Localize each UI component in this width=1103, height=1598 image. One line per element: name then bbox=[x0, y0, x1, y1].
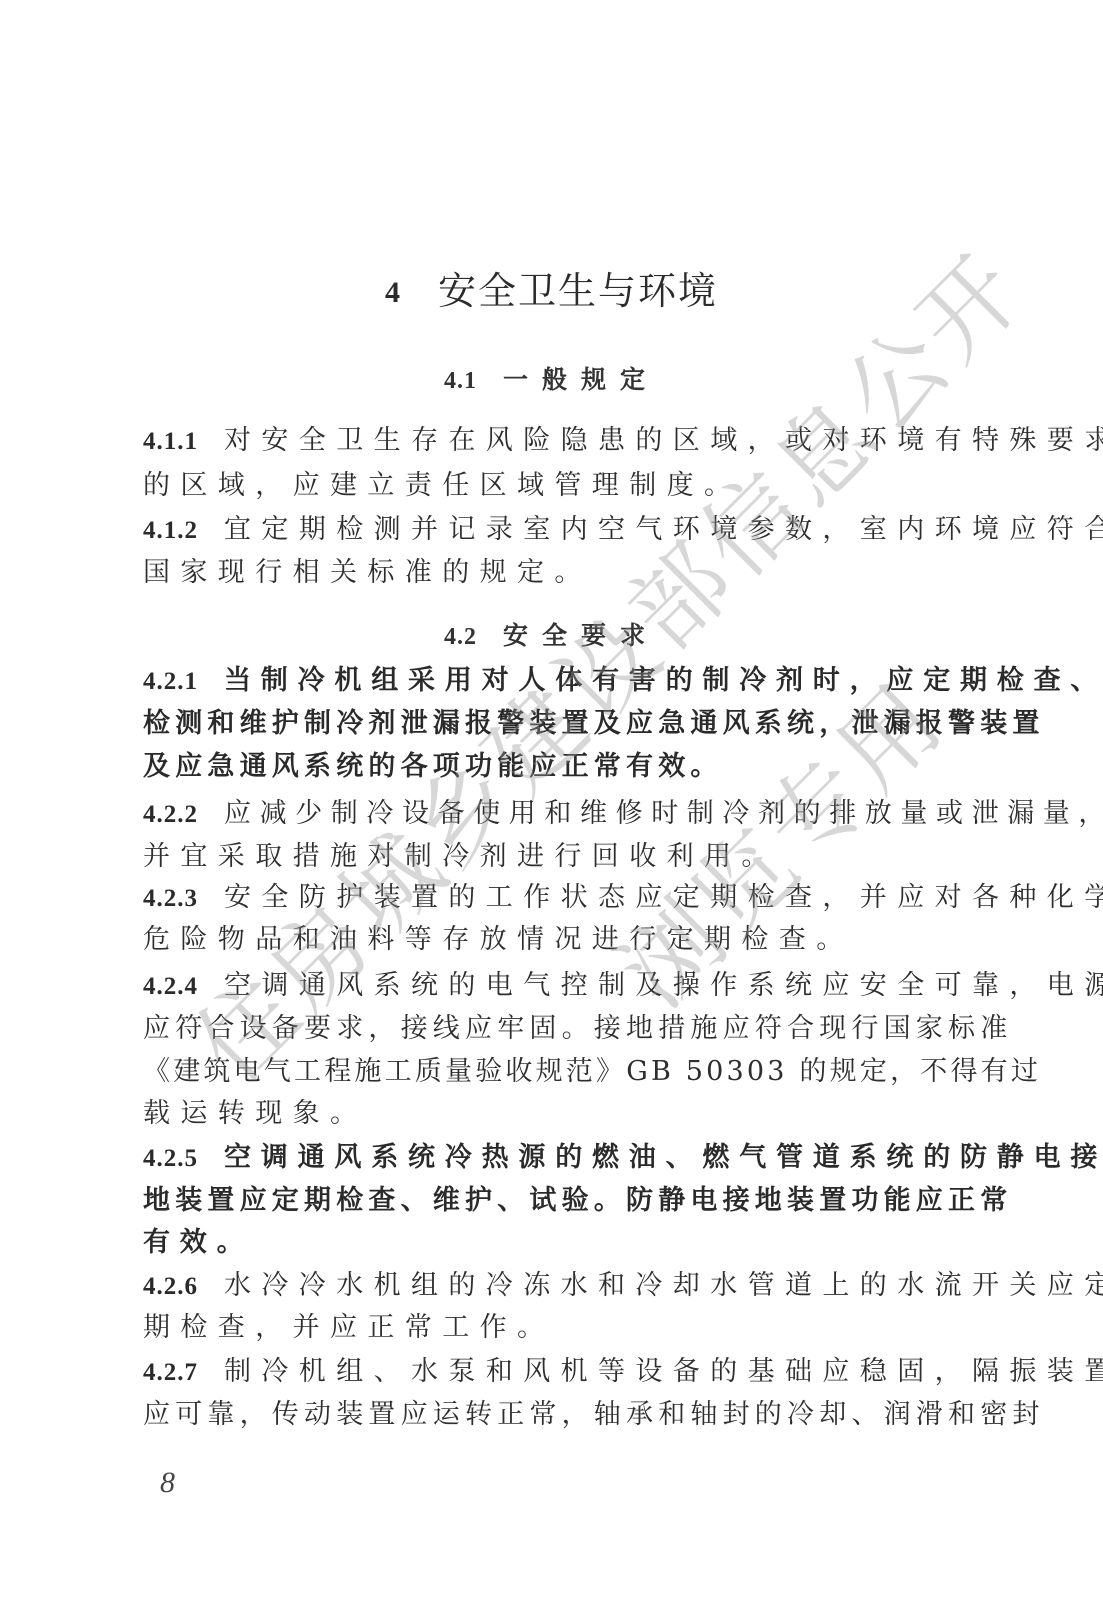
clause-4-2-7-line-1: 4.2.7制冷机组、水泵和风机等设备的基础应稳固，隔振装置 bbox=[143, 1354, 943, 1391]
clause-4-2-5-line-1: 4.2.5空调通风系统冷热源的燃油、燃气管道系统的防静电接 bbox=[143, 1140, 943, 1177]
clause-number: 4.2.4 bbox=[143, 973, 198, 1000]
clause-text: 并宜采取措施对制冷剂进行回收利用。 bbox=[143, 841, 779, 872]
clause-text: 《建筑电气工程施工质量验收规范》GB 50303 的规定，不得有过 bbox=[143, 1056, 1041, 1087]
clause-text: 检测和维护制冷剂泄漏报警装置及应急通风系统，泄漏报警装置 bbox=[143, 708, 1045, 739]
clause-text: 应符合设备要求，接线应牢固。接地措施应符合现行国家标准 bbox=[143, 1013, 1012, 1044]
clause-text: 应可靠，传动装置应运转正常，轴承和轴封的冷却、润滑和密封 bbox=[143, 1399, 1045, 1430]
clause-text: 的区域，应建立责任区域管理制度。 bbox=[143, 470, 741, 501]
clause-4-2-4-line-3: 《建筑电气工程施工质量验收规范》GB 50303 的规定，不得有过 bbox=[143, 1054, 943, 1090]
clause-4-2-3-line-1: 4.2.3安全防护装置的工作状态应定期检查，并应对各种化学 bbox=[143, 880, 943, 917]
section-number: 4.1 bbox=[444, 368, 477, 394]
chapter-title-text: 安全卫生与环境 bbox=[438, 269, 718, 313]
clause-4-2-5-line-2: 地装置应定期检查、维护、试验。防静电接地装置功能应正常 bbox=[143, 1183, 943, 1219]
clause-4-1-1-line-1: 4.1.1对安全卫生存在风险隐患的区域，或对环境有特殊要求 bbox=[143, 423, 943, 460]
section-number: 4.2 bbox=[444, 624, 477, 650]
clause-text: 对安全卫生存在风险隐患的区域，或对环境有特殊要求 bbox=[224, 425, 1103, 456]
clause-4-2-6-line-1: 4.2.6水冷冷水机组的冷冻水和冷却水管道上的水流开关应定 bbox=[143, 1268, 943, 1305]
clause-text: 空调通风系统的电气控制及操作系统应安全可靠，电源 bbox=[224, 970, 1103, 1001]
clause-4-2-1-line-3: 及应急通风系统的各项功能应正常有效。 bbox=[143, 749, 943, 785]
clause-4-1-1-line-2: 的区域，应建立责任区域管理制度。 bbox=[143, 468, 943, 504]
clause-text: 制冷机组、水泵和风机等设备的基础应稳固，隔振装置 bbox=[224, 1356, 1103, 1387]
clause-text: 期检查，并应正常工作。 bbox=[143, 1312, 554, 1343]
clause-4-2-4-line-2: 应符合设备要求，接线应牢固。接地措施应符合现行国家标准 bbox=[143, 1011, 943, 1047]
clause-text: 水冷冷水机组的冷冻水和冷却水管道上的水流开关应定 bbox=[224, 1270, 1103, 1301]
clause-text: 宜定期检测并记录室内空气环境参数，室内环境应符合 bbox=[224, 514, 1103, 545]
clause-number: 4.2.7 bbox=[143, 1359, 198, 1386]
chapter-title: 4安全卫生与环境 bbox=[0, 266, 1103, 320]
clause-number: 4.2.6 bbox=[143, 1273, 198, 1300]
clause-4-2-1-line-1: 4.2.1当制冷机组采用对人体有害的制冷剂时，应定期检查、 bbox=[143, 663, 943, 700]
clause-4-1-2-line-2: 国家现行相关标准的规定。 bbox=[143, 555, 943, 591]
section-title-text: 安全要求 bbox=[503, 621, 659, 650]
chapter-number: 4 bbox=[385, 276, 402, 309]
clause-text: 安全防护装置的工作状态应定期检查，并应对各种化学 bbox=[224, 882, 1103, 913]
clause-text: 危险物品和油料等存放情况进行定期检查。 bbox=[143, 924, 854, 955]
clause-4-1-2-line-1: 4.1.2宜定期检测并记录室内空气环境参数，室内环境应符合 bbox=[143, 512, 943, 549]
document-page: 4安全卫生与环境 4.1一般规定 4.1.1对安全卫生存在风险隐患的区域，或对环… bbox=[0, 0, 1103, 1598]
clause-4-2-1-line-2: 检测和维护制冷剂泄漏报警装置及应急通风系统，泄漏报警装置 bbox=[143, 706, 943, 742]
clause-number: 4.1.1 bbox=[143, 428, 198, 455]
section-title-text: 一般规定 bbox=[503, 365, 659, 394]
clause-number: 4.2.3 bbox=[143, 885, 198, 912]
page-number: 8 bbox=[160, 1466, 175, 1500]
section-title-4-1: 4.1一般规定 bbox=[0, 363, 1103, 398]
clause-text: 国家现行相关标准的规定。 bbox=[143, 557, 592, 588]
clause-4-2-4-line-1: 4.2.4空调通风系统的电气控制及操作系统应安全可靠，电源 bbox=[143, 968, 943, 1005]
clause-4-2-2-line-2: 并宜采取措施对制冷剂进行回收利用。 bbox=[143, 839, 943, 875]
clause-text: 载运转现象。 bbox=[143, 1098, 367, 1129]
clause-text: 有效。 bbox=[143, 1227, 253, 1258]
clause-text: 当制冷机组采用对人体有害的制冷剂时，应定期检查、 bbox=[224, 665, 1103, 696]
clause-4-2-5-line-3: 有效。 bbox=[143, 1225, 943, 1261]
clause-4-2-3-line-2: 危险物品和油料等存放情况进行定期检查。 bbox=[143, 922, 943, 958]
clause-text: 及应急通风系统的各项功能应正常有效。 bbox=[143, 751, 723, 782]
clause-number: 4.2.2 bbox=[143, 801, 198, 828]
clause-number: 4.2.5 bbox=[143, 1145, 198, 1172]
clause-4-2-7-line-2: 应可靠，传动装置应运转正常，轴承和轴封的冷却、润滑和密封 bbox=[143, 1397, 943, 1433]
clause-number: 4.1.2 bbox=[143, 517, 198, 544]
section-title-4-2: 4.2安全要求 bbox=[0, 619, 1103, 654]
clause-4-2-6-line-2: 期检查，并应正常工作。 bbox=[143, 1310, 943, 1346]
clause-text: 地装置应定期检查、维护、试验。防静电接地装置功能应正常 bbox=[143, 1185, 1012, 1216]
clause-text: 空调通风系统冷热源的燃油、燃气管道系统的防静电接 bbox=[224, 1142, 1103, 1173]
clause-4-2-4-line-4: 载运转现象。 bbox=[143, 1096, 943, 1132]
clause-text: 应减少制冷设备使用和维修时制冷剂的排放量或泄漏量， bbox=[224, 798, 1103, 829]
clause-number: 4.2.1 bbox=[143, 668, 198, 695]
clause-4-2-2-line-1: 4.2.2应减少制冷设备使用和维修时制冷剂的排放量或泄漏量， bbox=[143, 796, 943, 833]
